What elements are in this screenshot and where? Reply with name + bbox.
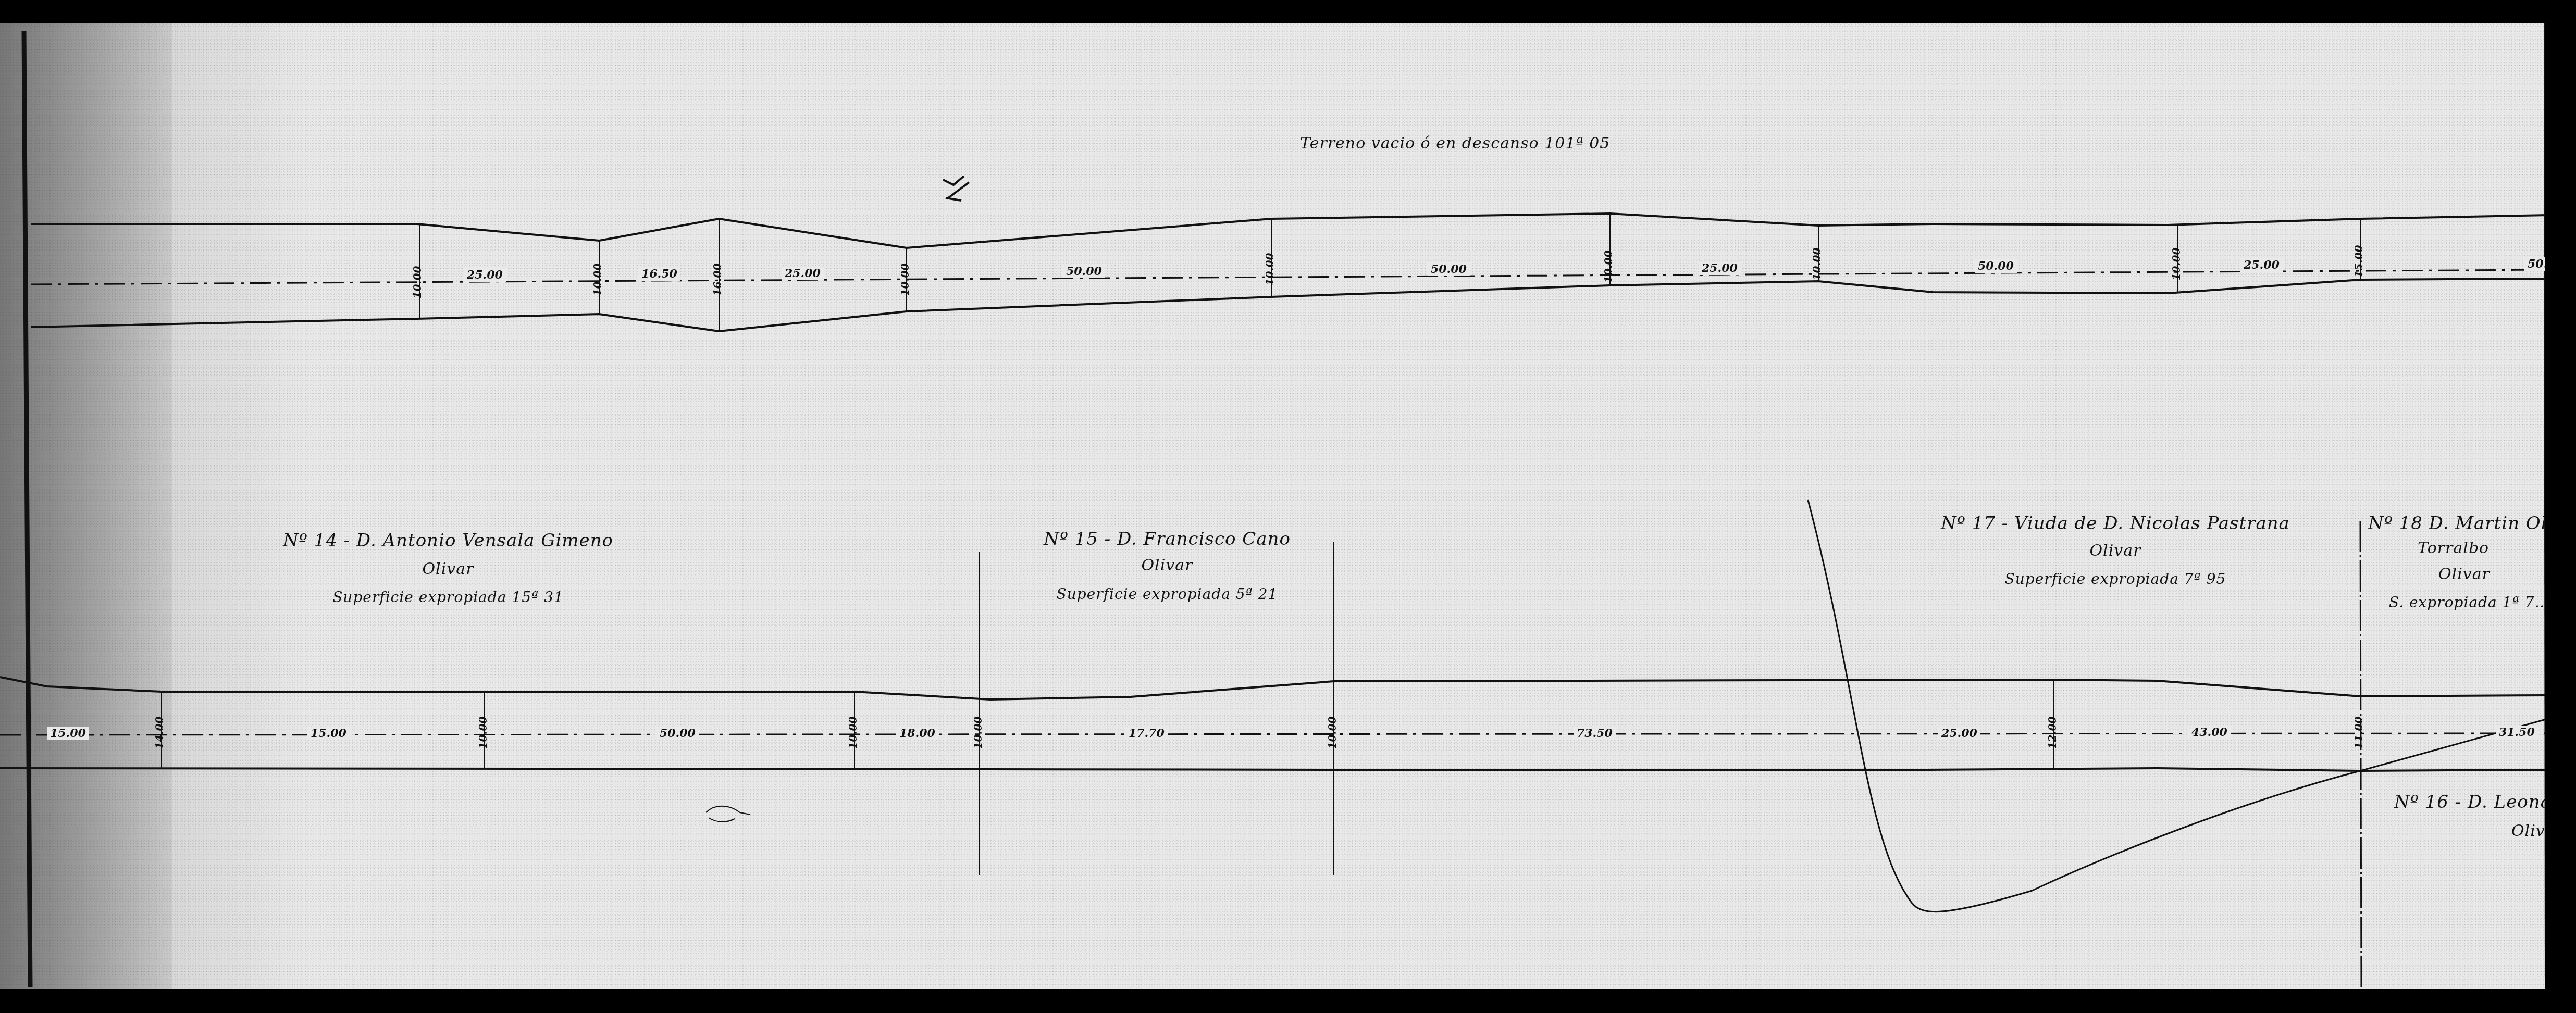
- parcel-18-area: S. expropiada 1ª 7…: [2389, 594, 2549, 611]
- parcel-17-area: Superficie expropiada 7ª 95: [1902, 570, 2329, 587]
- bottom-length-5: 17.70: [1125, 727, 1168, 740]
- top-length-3: 25.00: [782, 267, 824, 280]
- survey-linework: [0, 0, 2576, 1013]
- bottom-length-1: 15.00: [47, 727, 89, 740]
- bird-sketch: [706, 806, 750, 822]
- bottom-width-6: 12.00: [2046, 717, 2059, 749]
- top-length-2: 16.50: [638, 267, 680, 281]
- top-width-5: 10.00: [1264, 253, 1276, 286]
- left-margin-line: [24, 31, 30, 987]
- bottom-width-2: 10.00: [477, 717, 489, 749]
- top-width-4: 10.00: [899, 264, 911, 296]
- top-width-6: 10.00: [1602, 251, 1615, 283]
- top-width-7: 10.00: [1811, 248, 1823, 281]
- top-length-4: 50.00: [1063, 265, 1105, 278]
- parcel-15-owner: Nº 15 - D. Francisco Cano: [1000, 529, 1334, 549]
- bottom-width-4: 10.00: [972, 717, 984, 749]
- top-length-5: 50.00: [1428, 262, 1470, 276]
- parcel-17-crop: Olivar: [1902, 542, 2329, 560]
- top-length-8: 25.00: [2240, 258, 2283, 272]
- bottom-length-7: 25.00: [1938, 727, 1980, 740]
- zone-label-vacant-land: Terreno vacio ó en descanso 101ª 05: [1300, 134, 1610, 153]
- bottom-length-3: 50.00: [657, 727, 699, 740]
- top-width-1: 10.00: [411, 266, 424, 299]
- bottom-width-5: 10.00: [1326, 717, 1339, 749]
- ink-flourish-mark: [943, 176, 969, 201]
- parcel-14-owner: Nº 14 - D. Antonio Vensala Gimeno: [245, 530, 651, 551]
- bottom-length-9: 31.50: [2496, 726, 2538, 739]
- parcel-18-owner-line-2: Torralbo: [2418, 539, 2489, 557]
- parcel-14-area: Superficie expropiada 15ª 31: [245, 589, 651, 606]
- bottom-length-2: 15.00: [307, 727, 350, 740]
- parcel-14-crop: Olivar: [245, 560, 651, 578]
- top-length-7: 50.00: [1975, 259, 2017, 273]
- parcel-18-crop: Olivar: [2438, 565, 2490, 583]
- top-width-3: 16.00: [711, 264, 724, 296]
- parcel-15-area: Superficie expropiada 5ª 21: [1000, 585, 1334, 603]
- bottom-width-7: 11.00: [2352, 717, 2365, 749]
- top-width-2: 10.00: [591, 264, 604, 296]
- parcel-17-owner: Nº 17 - Viuda de D. Nicolas Pastrana: [1902, 513, 2329, 534]
- bottom-length-4: 18.00: [896, 727, 938, 740]
- parcel-15-crop: Olivar: [1000, 556, 1334, 574]
- top-width-9: 15.00: [2352, 245, 2365, 278]
- bottom-width-1: 14.00: [153, 717, 166, 749]
- scan-border-right: [2545, 0, 2576, 1013]
- survey-sheet: Terreno vacio ó en descanso 101ª 05 25.0…: [0, 0, 2576, 1013]
- bottom-length-8: 43.00: [2188, 726, 2231, 739]
- top-width-8: 10.00: [2170, 248, 2183, 281]
- bottom-length-6: 73.50: [1574, 727, 1616, 740]
- bottom-width-3: 10.00: [847, 717, 859, 749]
- top-length-1: 25.00: [464, 268, 506, 282]
- top-length-6: 25.00: [1699, 261, 1741, 275]
